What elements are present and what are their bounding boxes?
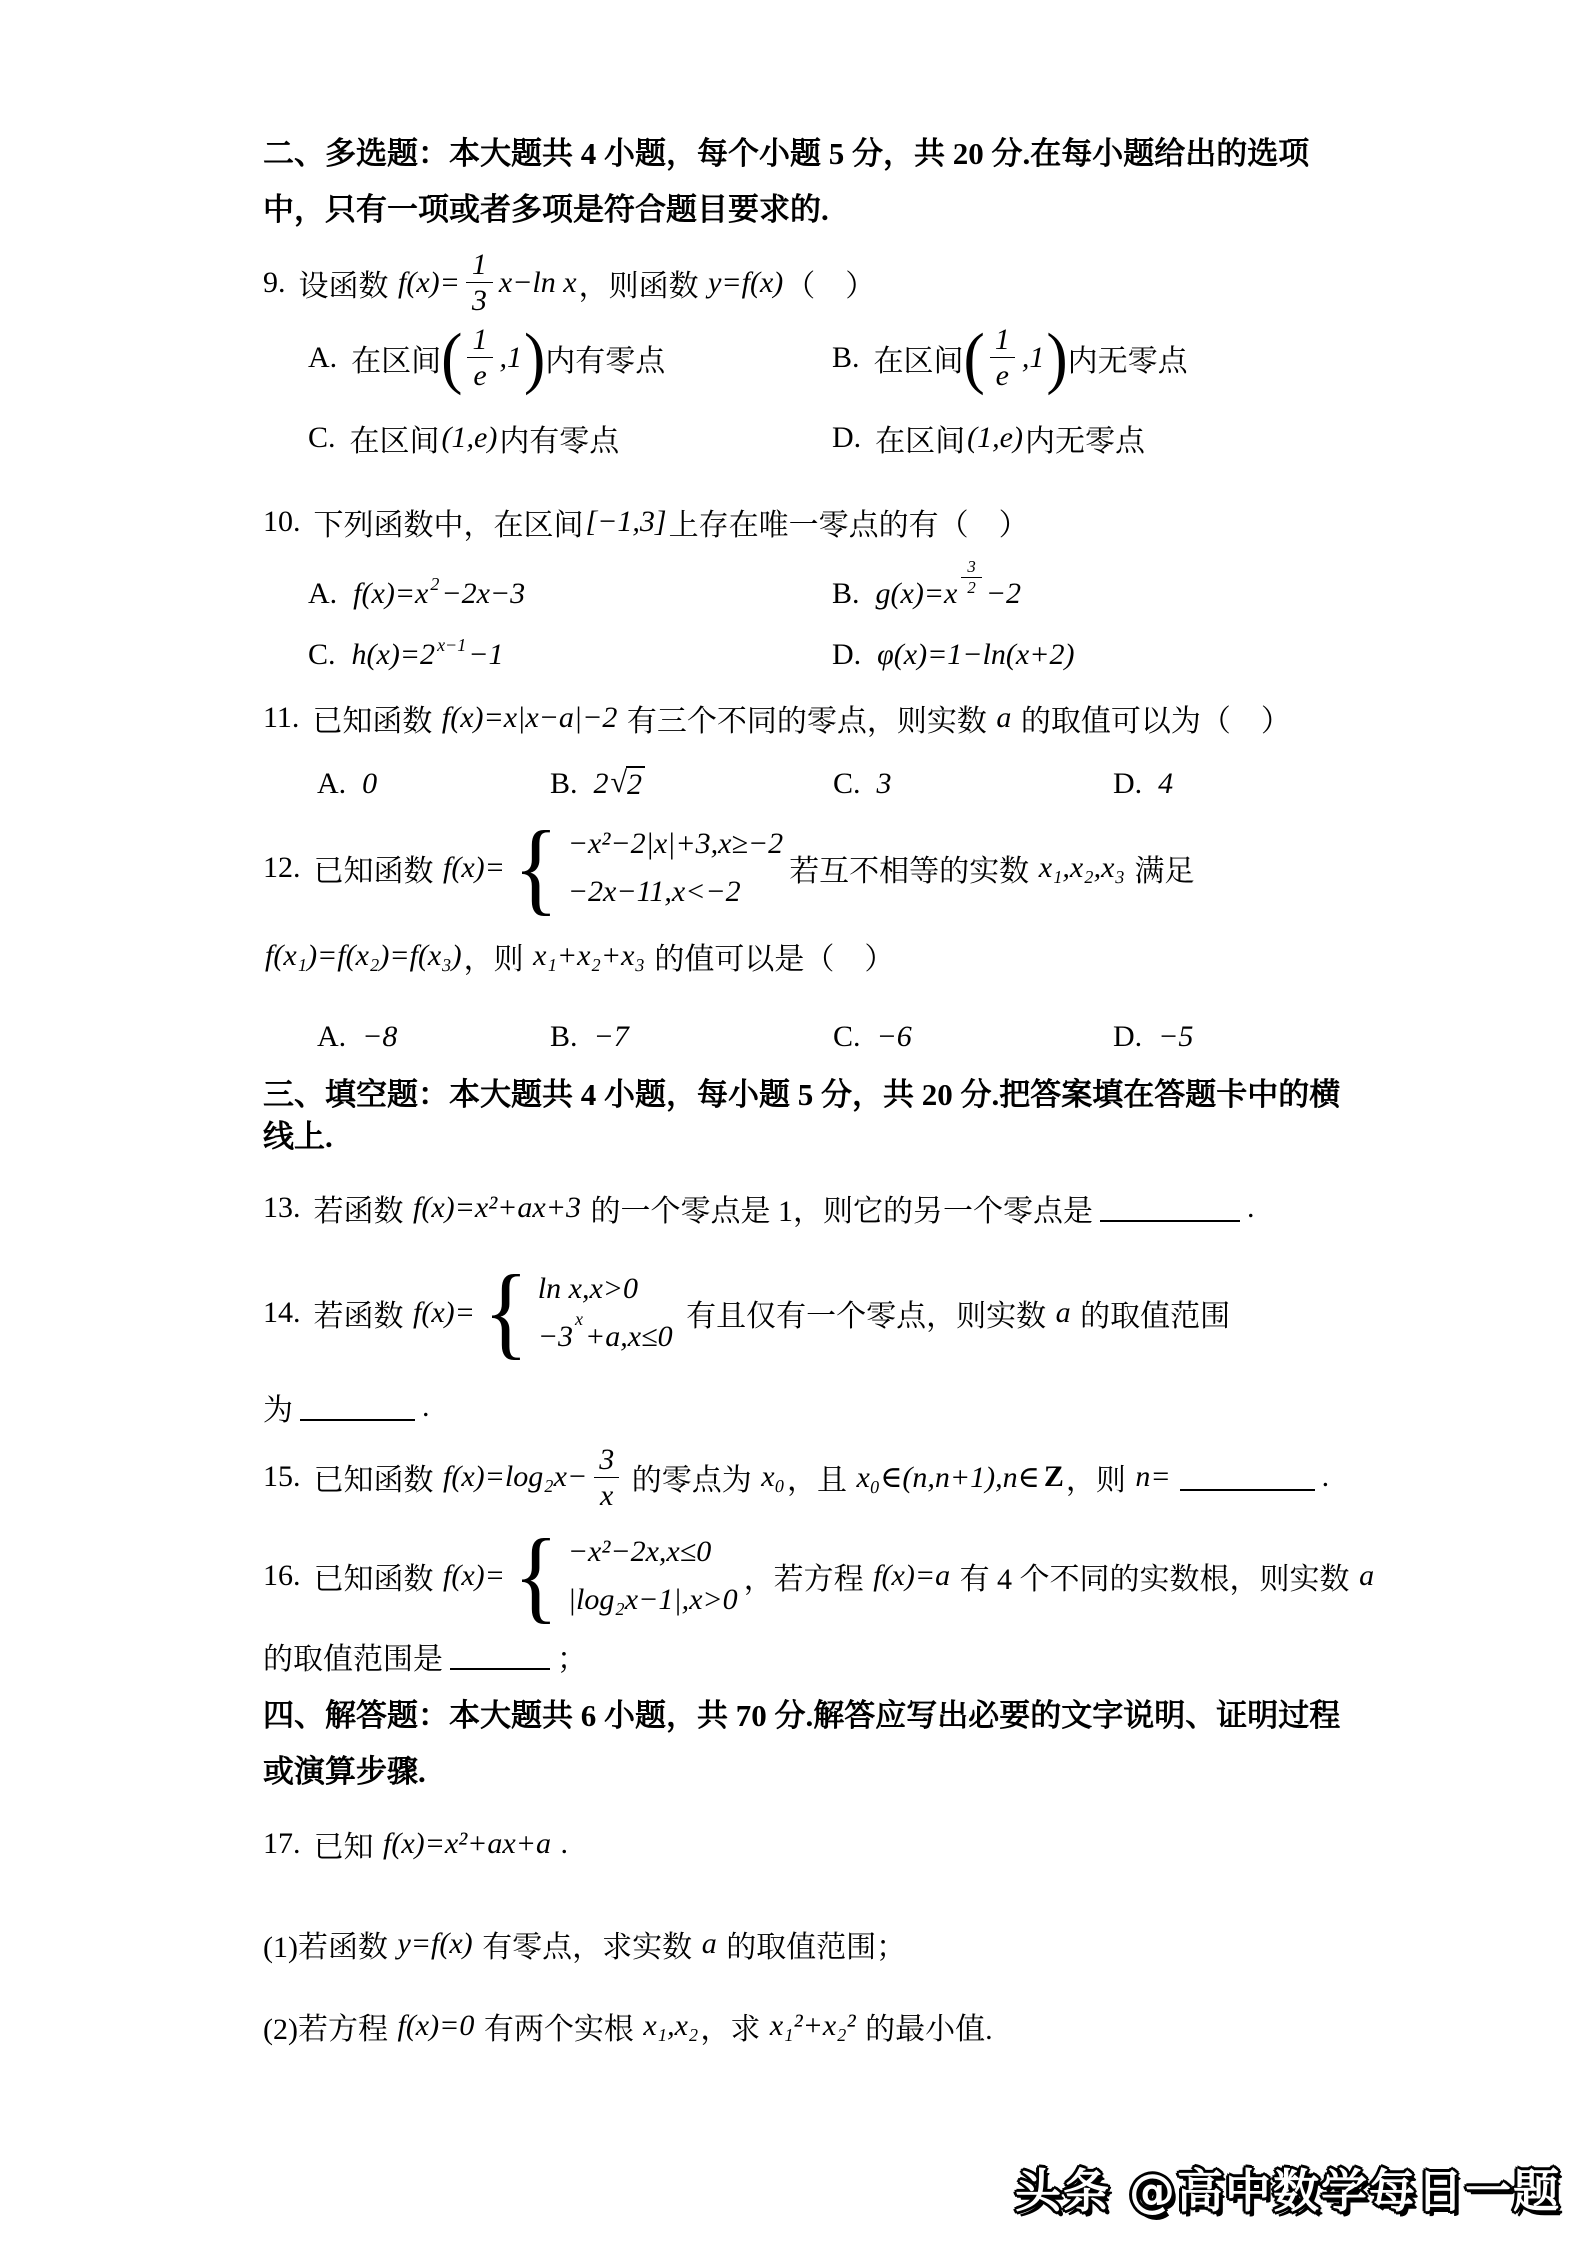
question-16-text: 已知函数	[314, 1554, 442, 1598]
case-brace: {	[513, 1532, 558, 1620]
question-17-formula: f(x)=x²+ax+a	[383, 1827, 551, 1861]
part-1-formula: y=f(x)	[397, 1927, 472, 1961]
option-formula: f(x)=x	[353, 577, 428, 611]
question-17-part-1: (1)若函数 y=f(x) 有零点，求实数 a 的取值范围；	[263, 1922, 1353, 1966]
question-14-text: 为	[263, 1385, 293, 1429]
fraction-denominator: e	[467, 357, 492, 392]
big-paren-close: )	[524, 323, 545, 392]
option-value: −8	[362, 1020, 397, 1054]
option-label: B.	[550, 1020, 578, 1054]
option-label: C.	[833, 767, 861, 801]
case-brace: {	[513, 824, 558, 912]
option-text: 在区间	[875, 416, 965, 460]
interval-end: ,1	[499, 341, 522, 375]
fraction-denominator: 3	[466, 282, 493, 317]
part-2-text: ，求	[700, 2004, 768, 2048]
option-12-d: D. −5	[1113, 1020, 1353, 1054]
question-15-text: ，则	[1066, 1455, 1134, 1499]
option-10-d: D. φ(x)=1−ln(x+2)	[832, 638, 1353, 672]
option-11-b: B. 2 √2	[550, 766, 833, 802]
option-9-c: C. 在区间 (1,e) 内有零点	[308, 416, 832, 460]
question-11-options: A. 0 B. 2 √2 C. 3 D. 4	[263, 766, 1353, 802]
part-1-text: 的取值范围；	[719, 1922, 907, 1966]
option-text: 内有零点	[545, 336, 665, 380]
question-15-text: 已知函数	[314, 1455, 442, 1499]
question-9-number: 9.	[263, 266, 286, 300]
option-label: B.	[550, 767, 578, 801]
option-10-a: A. f(x)=x2−2x−3	[308, 574, 832, 614]
question-9-formula: f(x)=	[398, 266, 460, 300]
option-value: 4	[1158, 767, 1173, 801]
option-value: 3	[877, 767, 892, 801]
variable-a: a	[1056, 1296, 1071, 1330]
integer-set-symbol: Z	[1044, 1460, 1064, 1494]
zero-point-x0: x₀	[761, 1460, 785, 1494]
question-14-text: 的取值范围	[1073, 1291, 1231, 1335]
option-label: D.	[1113, 767, 1142, 801]
question-9-options-row-1: A. 在区间 ( 1e ,1 ) 内有零点 B. 在区间 ( 1e ,1 ) 内…	[263, 323, 1353, 392]
exam-content: 二、多选题：本大题共 4 小题，每个小题 5 分，共 20 分.在每小题给出的选…	[263, 0, 1353, 2048]
case-2-base: −3	[538, 1320, 573, 1353]
radicand: 2	[626, 766, 645, 802]
piecewise-rows: −x²−2|x|+3,x≥−2 −2x−11,x<−2	[566, 827, 785, 909]
fraction-one-third: 13	[466, 248, 493, 317]
question-13-formula: f(x)=x²+ax+3	[413, 1191, 581, 1225]
option-label: D.	[1113, 1020, 1142, 1054]
question-10-stem: 10. 下列函数中，在区间 [−1,3] 上存在唯一零点的有 （ ）	[263, 500, 1353, 544]
question-13-period: .	[1247, 1191, 1255, 1225]
question-15-period: .	[1322, 1460, 1330, 1494]
question-11-formula: f(x)=x|x−a|−2	[442, 701, 618, 735]
option-value: −6	[877, 1020, 912, 1054]
answer-parentheses: （ ）	[939, 500, 1029, 544]
question-11-stem: 11. 已知函数 f(x)=x|x−a|−2 有三个不同的零点，则实数 a 的取…	[263, 696, 1353, 740]
n-equals: n=	[1135, 1460, 1170, 1494]
piecewise-case-1: −x²−2x,x≤0	[568, 1535, 711, 1569]
question-15-text: ，且	[787, 1455, 855, 1499]
case-brace: {	[483, 1268, 528, 1356]
question-9-text: ，则函数	[579, 261, 707, 305]
question-14-continuation: 为 .	[263, 1385, 1353, 1429]
case-2-rest: +a,x≤0	[585, 1320, 673, 1353]
question-12-sum: x₁+x₂+x₃	[533, 939, 645, 973]
question-9-text: 设函数	[299, 261, 397, 305]
question-17-period: .	[553, 1827, 568, 1861]
question-15-formula: f(x)=log₂x−	[443, 1460, 587, 1494]
question-16-semicolon: ；	[557, 1634, 587, 1678]
option-value: −5	[1158, 1020, 1193, 1054]
option-value: 0	[362, 767, 377, 801]
question-10-text: 上存在唯一零点的有	[669, 500, 939, 544]
option-9-a: A. 在区间 ( 1e ,1 ) 内有零点	[308, 323, 832, 392]
fraction-numerator: 1	[466, 248, 493, 282]
question-9-options-row-2: C. 在区间 (1,e) 内有零点 D. 在区间 (1,e) 内无零点	[263, 416, 1353, 460]
option-label: D.	[832, 421, 861, 455]
question-12-text: 若互不相等的实数	[789, 846, 1037, 890]
fraction-one-over-e: 1e	[989, 323, 1016, 392]
section-header-fill-blank: 三、填空题：本大题共 4 小题，每小题 5 分，共 20 分.把答案填在答题卡中…	[263, 1074, 1353, 1158]
part-2-formula: f(x)=0	[397, 2009, 474, 2043]
option-text: 内无零点	[1025, 416, 1145, 460]
option-formula: −2	[986, 577, 1021, 611]
question-14-period: .	[422, 1390, 430, 1424]
part-2-text: 有两个实根	[476, 2004, 641, 2048]
question-16-number: 16.	[263, 1559, 301, 1593]
fraction-numerator: 3	[961, 558, 981, 577]
question-9-formula: x−ln x	[499, 266, 577, 300]
fraction-three-over-x: 3x	[593, 1443, 620, 1512]
question-10-options-row-2: C. h(x)=2x−1−1 D. φ(x)=1−ln(x+2)	[263, 638, 1353, 672]
section-header-multiple-choice: 二、多选题：本大题共 4 小题，每个小题 5 分，共 20 分.在每小题给出的选…	[263, 126, 1353, 238]
option-9-d: D. 在区间 (1,e) 内无零点	[832, 416, 1353, 460]
big-paren-open: (	[964, 323, 985, 392]
exponent-fraction-three-halves: 32	[961, 558, 981, 598]
question-11-text: 有三个不同的零点，则实数	[619, 696, 994, 740]
question-12-variables: x₁,x₂,x₃	[1039, 851, 1125, 885]
option-label: A.	[308, 577, 337, 611]
question-10-interval: [−1,3]	[586, 505, 667, 539]
option-11-a: A. 0	[317, 766, 550, 802]
blank-line	[1100, 1220, 1240, 1222]
piecewise-rows: −x²−2x,x≤0 |log₂x−1|,x>0	[566, 1535, 740, 1617]
option-text: 内有零点	[499, 416, 619, 460]
section-header-free-response: 四、解答题：本大题共 6 小题，共 70 分.解答应写出必要的文字说明、证明过程…	[263, 1688, 1353, 1800]
blank-line	[1180, 1489, 1315, 1491]
question-16-continuation: 的取值范围是 ；	[263, 1634, 1353, 1678]
part-1-text: (1)若函数	[263, 1922, 395, 1966]
question-14-number: 14.	[263, 1296, 301, 1330]
question-15-condition: x₀∈(n,n+1),n∈	[856, 1460, 1039, 1495]
question-12-formula: f(x)=	[443, 851, 505, 885]
option-11-d: D. 4	[1113, 766, 1353, 802]
option-12-c: C. −6	[833, 1020, 1113, 1054]
equation-fx-equals-a: f(x)=a	[873, 1559, 950, 1593]
radical-sign: √	[611, 766, 627, 800]
question-16-stem: 16. 已知函数 f(x)= { −x²−2x,x≤0 |log₂x−1|,x>…	[263, 1532, 1353, 1620]
option-label: C.	[308, 421, 336, 455]
question-17-stem: 17. 已知 f(x)=x²+ax+a .	[263, 1822, 1353, 1866]
question-16-text: 有 4 个不同的实数根，则实数	[952, 1554, 1357, 1598]
variable-a: a	[996, 701, 1011, 735]
question-17-text: 已知	[314, 1822, 382, 1866]
piecewise-function: { −x²−2|x|+3,x≥−2 −2x−11,x<−2	[511, 824, 785, 912]
piecewise-case-1: ln x,x>0	[538, 1272, 638, 1306]
piecewise-function: { ln x,x>0 −3x+a,x≤0	[481, 1268, 675, 1356]
interval: (1,e)	[442, 421, 498, 455]
question-14-text: 若函数	[314, 1291, 412, 1335]
piecewise-case-1: −x²−2|x|+3,x≥−2	[568, 827, 783, 861]
question-12-text: 的值可以是	[647, 934, 805, 978]
question-10-options-row-1: A. f(x)=x2−2x−3 B. g(x)=x 32 −2	[263, 574, 1353, 614]
interval: (1,e)	[967, 421, 1023, 455]
question-15-text: 的零点为	[624, 1455, 759, 1499]
question-11-text: 已知函数	[312, 696, 440, 740]
question-14-text: 有且仅有一个零点，则实数	[679, 1291, 1054, 1335]
question-14-formula: f(x)=	[413, 1296, 475, 1330]
question-17-part-2: (2)若方程 f(x)=0 有两个实根 x₁,x₂ ，求 x₁²+x₂² 的最小…	[263, 2004, 1353, 2048]
question-16-formula: f(x)=	[443, 1559, 505, 1593]
option-label: A.	[308, 341, 337, 375]
fraction-numerator: 1	[466, 323, 493, 357]
piecewise-case-2: −2x−11,x<−2	[568, 875, 741, 909]
option-value: −7	[594, 1020, 629, 1054]
interval-end: ,1	[1022, 341, 1045, 375]
exponent: x	[575, 1309, 583, 1329]
question-12-text: 已知函数	[314, 846, 442, 890]
piecewise-function: { −x²−2x,x≤0 |log₂x−1|,x>0	[511, 1532, 740, 1620]
question-16-text: 的取值范围是	[263, 1634, 443, 1678]
option-10-b: B. g(x)=x 32 −2	[832, 574, 1353, 614]
question-12-options: A. −8 B. −7 C. −6 D. −5	[263, 1020, 1353, 1054]
question-9-formula: y=f(x)	[708, 266, 783, 300]
option-12-b: B. −7	[550, 1020, 833, 1054]
fraction-numerator: 1	[989, 323, 1016, 357]
question-13-number: 13.	[263, 1191, 301, 1225]
piecewise-rows: ln x,x>0 −3x+a,x≤0	[536, 1272, 675, 1354]
question-11-text: 的取值可以为	[1013, 696, 1201, 740]
watermark: 头条 @高中数学每日一题	[1015, 2155, 1561, 2221]
option-12-a: A. −8	[317, 1020, 550, 1054]
question-10-number: 10.	[263, 505, 301, 539]
question-12-stem: 12. 已知函数 f(x)= { −x²−2|x|+3,x≥−2 −2x−11,…	[263, 824, 1353, 912]
option-formula: h(x)=2	[352, 638, 436, 672]
option-text: 在区间	[874, 336, 964, 380]
fraction-denominator: x	[594, 1477, 619, 1512]
option-text: 内无零点	[1068, 336, 1188, 380]
part-2-text: 的最小值.	[858, 2004, 993, 2048]
question-13: 13. 若函数 f(x)=x²+ax+3 的一个零点是 1，则它的另一个零点是 …	[263, 1186, 1353, 1230]
option-label: D.	[832, 638, 861, 672]
question-15-number: 15.	[263, 1460, 301, 1494]
blank-line	[450, 1668, 550, 1670]
fraction-numerator: 3	[593, 1443, 620, 1477]
question-12-continuation: f(x₁)=f(x₂)=f(x₃) ，则 x₁+x₂+x₃ 的值可以是 （ ）	[263, 934, 1353, 978]
question-15: 15. 已知函数 f(x)=log₂x− 3x 的零点为 x₀ ，且 x₀∈(n…	[263, 1443, 1353, 1512]
option-label: C.	[308, 638, 336, 672]
question-12-equation: f(x₁)=f(x₂)=f(x₃)	[265, 939, 462, 973]
option-text: 在区间	[351, 336, 441, 380]
option-formula: g(x)=x	[876, 577, 958, 611]
part-1-text: 有零点，求实数	[475, 1922, 700, 1966]
option-label: A.	[317, 1020, 346, 1054]
question-12-text: 满足	[1127, 846, 1195, 890]
option-formula: −2x−3	[441, 577, 525, 611]
option-11-c: C. 3	[833, 766, 1113, 802]
big-paren-open: (	[441, 323, 462, 392]
variable-a: a	[702, 1927, 717, 1961]
answer-parentheses: （ ）	[785, 261, 875, 305]
big-paren-close: )	[1046, 323, 1067, 392]
question-12-number: 12.	[263, 851, 301, 885]
question-13-text: 的一个零点是 1，则它的另一个零点是	[583, 1186, 1093, 1230]
answer-parentheses: （ ）	[804, 934, 894, 978]
piecewise-case-2: −3x+a,x≤0	[536, 1320, 675, 1354]
option-label: B.	[832, 577, 860, 611]
option-formula: φ(x)=1−ln(x+2)	[877, 638, 1074, 672]
question-12-text: ，则	[464, 934, 532, 978]
option-label: C.	[833, 1020, 861, 1054]
question-14-stem: 14. 若函数 f(x)= { ln x,x>0 −3x+a,x≤0 有且仅有一…	[263, 1268, 1353, 1356]
sum-of-squares: x₁²+x₂²	[770, 2009, 856, 2043]
question-13-text: 若函数	[314, 1186, 412, 1230]
option-9-b: B. 在区间 ( 1e ,1 ) 内无零点	[832, 323, 1353, 392]
square-root: √2	[611, 766, 645, 802]
variable-a: a	[1359, 1559, 1374, 1593]
option-label: B.	[832, 341, 860, 375]
fraction-denominator: e	[990, 357, 1015, 392]
fraction-one-over-e: 1e	[466, 323, 493, 392]
fraction-denominator: 2	[961, 577, 981, 597]
blank-line	[300, 1419, 415, 1421]
part-2-text: (2)若方程	[263, 2004, 395, 2048]
answer-parentheses: （ ）	[1201, 696, 1291, 740]
option-text: 在区间	[350, 416, 440, 460]
roots-x1-x2: x₁,x₂	[643, 2009, 698, 2043]
question-9-stem: 9. 设函数 f(x)= 13 x−ln x ，则函数 y=f(x) （ ）	[263, 248, 1353, 317]
option-10-c: C. h(x)=2x−1−1	[308, 638, 832, 672]
option-label: A.	[317, 767, 346, 801]
question-16-text: ，若方程	[744, 1554, 872, 1598]
option-formula: −1	[468, 638, 503, 672]
question-17-number: 17.	[263, 1827, 301, 1861]
piecewise-case-2: |log₂x−1|,x>0	[568, 1583, 738, 1617]
question-11-number: 11.	[263, 701, 299, 735]
option-value: 2	[594, 767, 609, 801]
question-10-text: 下列函数中，在区间	[314, 500, 584, 544]
